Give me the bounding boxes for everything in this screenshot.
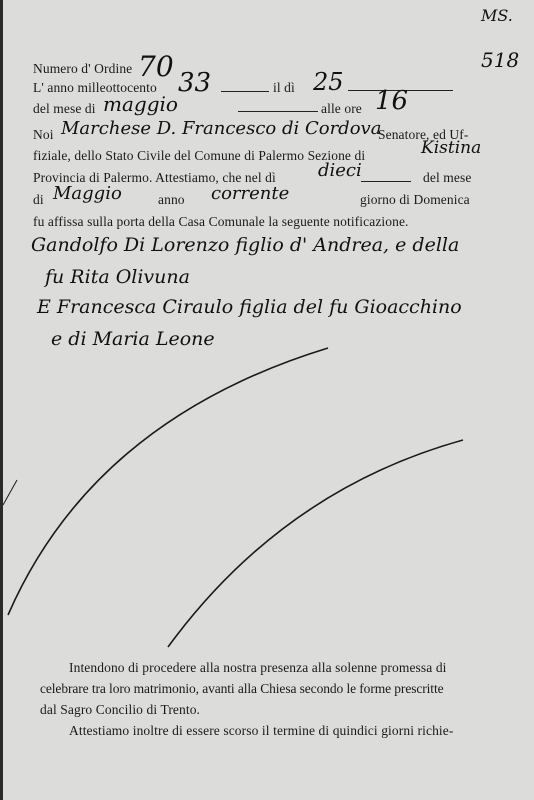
cancellation-strokes xyxy=(3,0,534,800)
footer-line: celebrare tra loro matrimonio, avanti al… xyxy=(40,681,444,697)
footer-line: Intendono di procedere alla nostra prese… xyxy=(69,660,447,676)
document-page: MS. 518 Numero d' Ordine 70 L' anno mill… xyxy=(0,0,534,800)
footer-line: Attestiamo inoltre di essere scorso il t… xyxy=(69,723,453,739)
footer-line: dal Sagro Concilio di Trento. xyxy=(40,702,200,718)
